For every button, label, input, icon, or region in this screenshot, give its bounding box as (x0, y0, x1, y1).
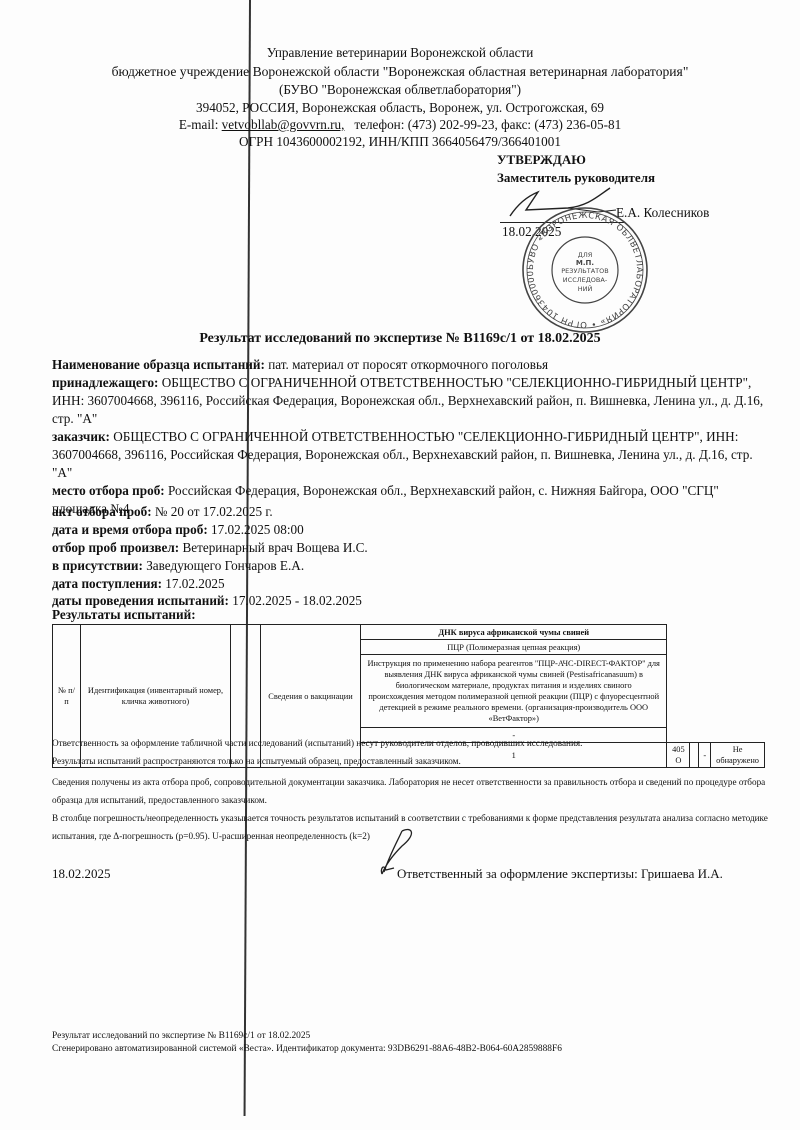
approval-position: Заместитель руководителя (497, 170, 655, 186)
field-value: Ветеринарный врач Вощева И.С. (179, 540, 368, 555)
field-label: акт отбора проб: (52, 504, 152, 519)
col-header-instruction: Инструкция по применению набора реагенто… (361, 655, 667, 728)
field-value: Заведующего Гончаров Е.А. (143, 558, 304, 573)
signoff-responsible: Ответственный за оформление экспертизы: … (397, 866, 723, 882)
header-ministry: Управление ветеринарии Воронежской облас… (0, 45, 800, 61)
email-link[interactable]: vetvobllab@govvrn.ru, (222, 117, 345, 132)
field-sampling-datetime: дата и время отбора проб: 17.02.2025 08:… (52, 521, 772, 539)
field-label: дата и время отбора проб: (52, 522, 208, 537)
field-label: в присутствии: (52, 558, 143, 573)
stamp-inner-3: РЕЗУЛЬТАТОВ (561, 267, 608, 275)
field-label: отбор проб произвел: (52, 540, 179, 555)
field-value: ОБЩЕСТВО С ОГРАНИЧЕННОЙ ОТВЕТСТВЕННОСТЬЮ… (52, 375, 763, 426)
field-sampled-by: отбор проб произвел: Ветеринарный врач В… (52, 539, 772, 557)
col-header-test-name: ДНК вируса африканской чумы свиней (361, 625, 667, 640)
official-stamp: БУВО «ВОРОНЕЖСКАЯ ОБЛВЕТЛАБОРАТОРИЯ» • О… (520, 205, 650, 335)
note-uncertainty: В столбце погрешность/неопределенность у… (52, 809, 792, 845)
stamp-inner-1: ДЛЯ (578, 251, 592, 259)
field-value: пат. материал от поросят откормочного по… (265, 357, 548, 372)
header-contacts: E-mail: vetvobllab@govvrn.ru, телефон: (… (0, 117, 800, 133)
header-short-name: (БУВО "Воронежская облветлаборатория") (0, 82, 800, 98)
field-value: 17.02.2025 08:00 (208, 522, 304, 537)
header-address: 394052, РОССИЯ, Воронежская область, Вор… (0, 100, 800, 116)
col-header-method: ПЦР (Полимеразная цепная реакция) (361, 640, 667, 655)
field-value: ОБЩЕСТВО С ОГРАНИЧЕННОЙ ОТВЕТСТВЕННОСТЬЮ… (52, 429, 753, 480)
results-heading: Результаты испытаний: (52, 607, 196, 622)
note-scope: Результаты испытаний распространяются то… (52, 755, 792, 768)
stamp-inner-2: М.П. (576, 259, 594, 267)
field-owner: принадлежащего: ОБЩЕСТВО С ОГРАНИЧЕННОЙ … (52, 374, 772, 428)
field-value: 17.02.2025 - 18.02.2025 (229, 593, 362, 608)
field-receipt-date: дата поступления: 17.02.2025 (52, 575, 772, 593)
footer-report-ref: Результат исследований по экспертизе № В… (52, 1030, 310, 1043)
footer-generated-by: Сгенерировано автоматизированной системо… (52, 1043, 562, 1056)
field-label: принадлежащего: (52, 375, 158, 390)
field-label: дата поступления: (52, 576, 162, 591)
report-title: Результат исследований по экспертизе № В… (0, 331, 800, 347)
field-customer: заказчик: ОБЩЕСТВО С ОГРАНИЧЕННОЙ ОТВЕТС… (52, 428, 772, 482)
header-registration: ОГРН 1043600002192, ИНН/КПП 3664056479/3… (0, 134, 800, 150)
field-sample-name: Наименование образца испытаний: пат. мат… (52, 356, 772, 374)
approval-title: УТВЕРЖДАЮ (497, 152, 586, 168)
field-value: № 20 от 17.02.2025 г. (152, 504, 273, 519)
field-in-presence: в присутствии: Заведующего Гончаров Е.А. (52, 557, 772, 575)
field-label: Наименование образца испытаний: (52, 357, 265, 372)
field-label: заказчик: (52, 429, 110, 444)
field-label: даты проведения испытаний: (52, 593, 229, 608)
signoff-date: 18.02.2025 (52, 866, 111, 882)
header-institution: бюджетное учреждение Воронежской области… (0, 64, 800, 80)
field-label: место отбора проб: (52, 483, 165, 498)
stamp-inner-5: НИЙ (578, 284, 593, 293)
phone-fax: телефон: (473) 202-99-23, факс: (473) 23… (354, 117, 621, 132)
results-label: Результаты испытаний: (52, 608, 772, 622)
field-value: 17.02.2025 (162, 576, 225, 591)
field-sampling-act-row: акт отбора проб: № 20 от 17.02.2025 г. (52, 503, 772, 521)
stamp-inner-4: ИССЛЕДОВА- (563, 276, 608, 284)
email-label: E-mail: (179, 117, 219, 132)
note-responsibility: Ответственность за оформление табличной … (52, 737, 792, 750)
note-source: Сведения получены из акта отбора проб, с… (52, 773, 792, 809)
